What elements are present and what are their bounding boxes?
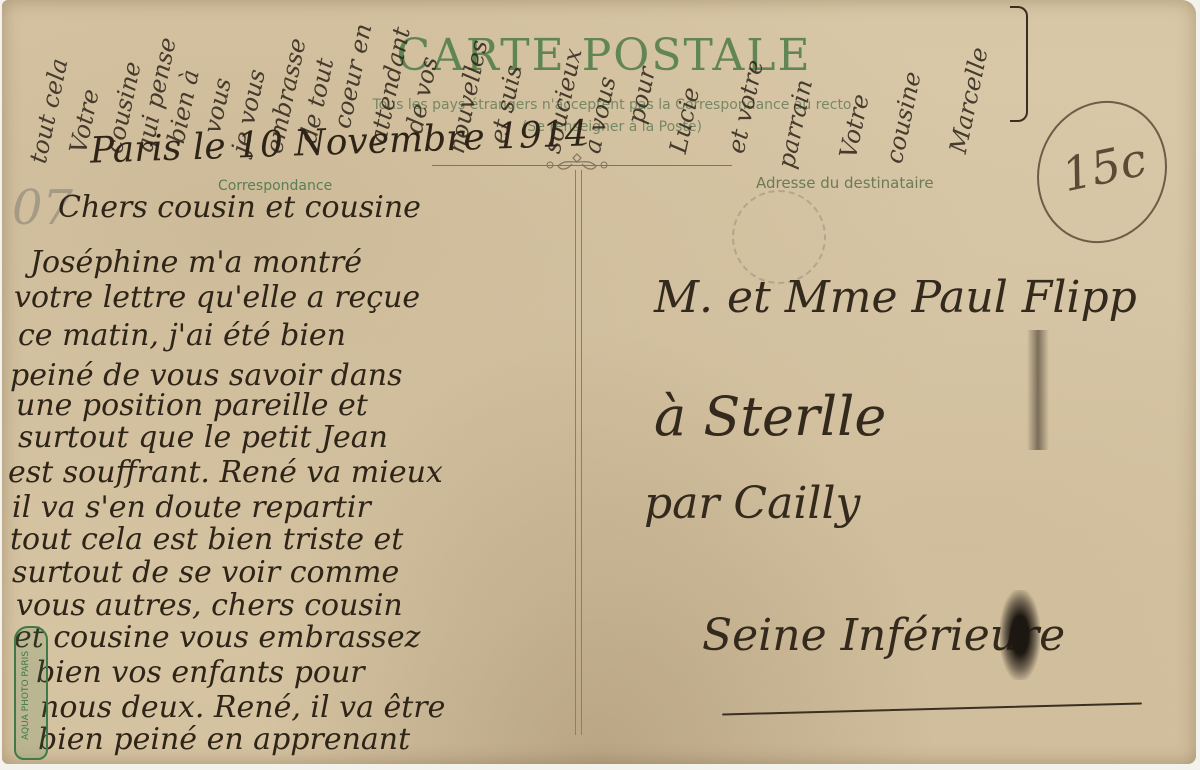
message-line: tout cela est bien triste et (10, 522, 403, 557)
message-line: il va s'en doute repartir (12, 490, 371, 525)
postcard-back: CARTE POSTALE Tous les pays étrangers n'… (2, 0, 1196, 764)
message-line: une position pareille et (16, 388, 368, 423)
message-line: nous deux. René, il va être (40, 690, 445, 725)
message-line: est souffrant. René va mieux (8, 455, 443, 490)
faint-postmark (732, 190, 826, 284)
ink-smear (1027, 330, 1049, 450)
vertical-divider (575, 170, 582, 735)
ink-blot (1000, 590, 1040, 680)
message-line: Chers cousin et cousine (58, 190, 421, 225)
message-line: bien vos enfants pour (36, 655, 365, 690)
address-recipient: M. et Mme Paul Flipp (654, 272, 1137, 323)
address-underline (722, 703, 1142, 716)
message-line: surtout de se voir comme (12, 555, 399, 590)
message-line: Joséphine m'a montré (30, 245, 362, 280)
publisher-logo-text: AQUA PHOTO PARIS (21, 651, 31, 740)
publisher-logo (14, 626, 48, 760)
message-line: vous autres, chers cousin (16, 588, 403, 623)
address-via: par Cailly (644, 478, 860, 529)
message-line: ce matin, j'ai été bien (18, 318, 346, 353)
address-town: à Sterlle (654, 385, 886, 448)
message-line: surtout que le petit Jean (18, 420, 388, 455)
message-line: votre lettre qu'elle a reçue (14, 280, 420, 315)
message-line: bien peiné en apprenant (38, 722, 410, 757)
message-line: et cousine vous embrassez (14, 620, 420, 655)
signature-flourish (1010, 6, 1028, 122)
